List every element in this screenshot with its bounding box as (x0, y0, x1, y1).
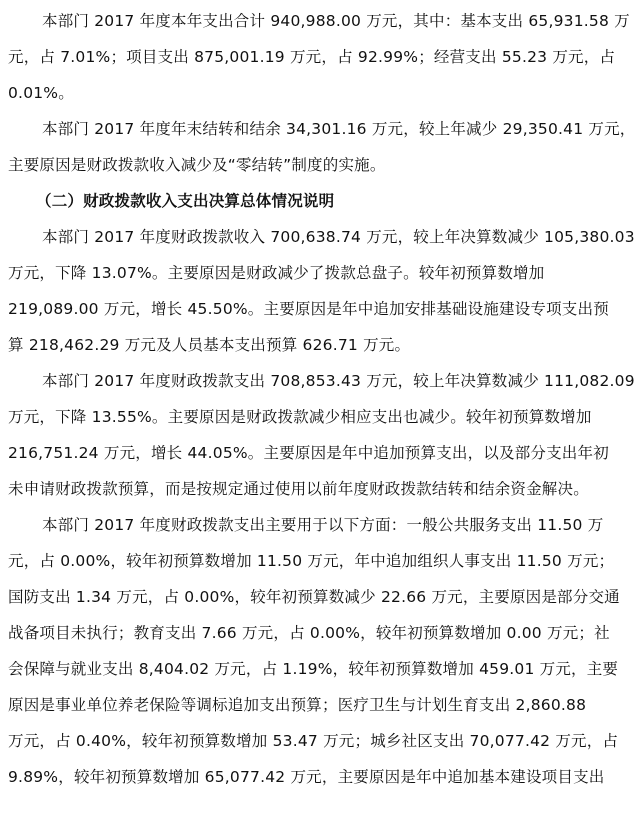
paragraph-expenditure-total: 本部门 2017 年度本年支出合计 940,988.00 万元，其中：基本支出 … (8, 3, 640, 111)
text-line: 万元，下降 13.07%。主要原因是财政减少了拨款总盘子。较年初预算数增加 (8, 255, 640, 291)
text-line: 本部门 2017 年度财政拨款支出主要用于以下方面：一般公共服务支出 11.50… (8, 507, 640, 543)
paragraph-fiscal-expenditure: 本部门 2017 年度财政拨款支出 708,853.43 万元，较上年决算数减少… (8, 363, 640, 507)
text-line: 万元，占 0.40%，较年初预算数增加 53.47 万元；城乡社区支出 70,0… (8, 723, 640, 759)
text-line: 会保障与就业支出 8,404.02 万元，占 1.19%，较年初预算数增加 45… (8, 651, 640, 687)
text-line: 216,751.24 万元，增长 44.05%。主要原因是年中追加预算支出，以及… (8, 435, 640, 471)
text-line: 算 218,462.29 万元及人员基本支出预算 626.71 万元。 (8, 327, 640, 363)
text-line: 元，占 0.00%，较年初预算数增加 11.50 万元，年中追加组织人事支出 1… (8, 543, 640, 579)
text-line: 未申请财政拨款预算，而是按规定通过使用以前年度财政拨款结转和结余资金解决。 (8, 471, 640, 507)
paragraph-fiscal-income: 本部门 2017 年度财政拨款收入 700,638.74 万元，较上年决算数减少… (8, 219, 640, 363)
text-line: 9.89%，较年初预算数增加 65,077.42 万元，主要原因是年中追加基本建… (8, 759, 640, 795)
text-line: 本部门 2017 年度本年支出合计 940,988.00 万元，其中：基本支出 … (8, 3, 640, 39)
section-heading: （二）财政拨款收入支出决算总体情况说明 (8, 183, 640, 219)
text-line: 本部门 2017 年度年末结转和结余 34,301.16 万元，较上年减少 29… (8, 111, 640, 147)
text-line: 战备项目未执行；教育支出 7.66 万元，占 0.00%，较年初预算数增加 0.… (8, 615, 640, 651)
text-line: 本部门 2017 年度财政拨款收入 700,638.74 万元，较上年决算数减少… (8, 219, 640, 255)
text-line: 219,089.00 万元，增长 45.50%。主要原因是年中追加安排基础设施建… (8, 291, 640, 327)
text-line: 0.01%。 (8, 75, 640, 111)
heading-text: （二）财政拨款收入支出决算总体情况说明 (8, 183, 640, 219)
paragraph-carryover: 本部门 2017 年度年末结转和结余 34,301.16 万元，较上年减少 29… (8, 111, 640, 183)
paragraph-expenditure-breakdown: 本部门 2017 年度财政拨款支出主要用于以下方面：一般公共服务支出 11.50… (8, 507, 640, 795)
text-line: 元，占 7.01%；项目支出 875,001.19 万元，占 92.99%；经营… (8, 39, 640, 75)
text-line: 万元，下降 13.55%。主要原因是财政拨款减少相应支出也减少。较年初预算数增加 (8, 399, 640, 435)
text-line: 原因是事业单位养老保险等调标追加支出预算；医疗卫生与计划生育支出 2,860.8… (8, 687, 640, 723)
text-line: 主要原因是财政拨款收入减少及“零结转”制度的实施。 (8, 147, 640, 183)
text-line: 本部门 2017 年度财政拨款支出 708,853.43 万元，较上年决算数减少… (8, 363, 640, 399)
document-body: 本部门 2017 年度本年支出合计 940,988.00 万元，其中：基本支出 … (8, 3, 640, 795)
text-line: 国防支出 1.34 万元，占 0.00%，较年初预算数减少 22.66 万元，主… (8, 579, 640, 615)
